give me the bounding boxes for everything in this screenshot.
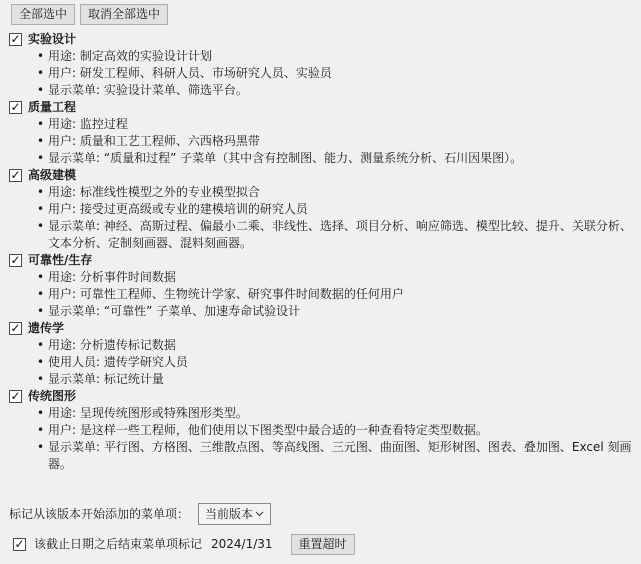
checkmark-icon: ✓ [10,322,20,334]
select-all-button[interactable]: 全部选中 [11,4,75,25]
category-checkbox[interactable]: ✓ [9,322,22,335]
bullet-item: 显示菜单: “可靠性” 子菜单、加速寿命试验设计 [48,303,633,320]
category-checkbox[interactable]: ✓ [9,33,22,46]
category-block: ✓ 可靠性/生存 用途: 分析事件时间数据用户: 可靠性工程师、生物统计学家、研… [8,252,635,320]
category-block: ✓ 质量工程 用途: 监控过程用户: 质量和工艺工程师、六西格玛黑带显示菜单: … [8,99,635,167]
category-list: ✓ 实验设计 用途: 制定高效的实验设计计划用户: 研发工程师、科研人员、市场研… [8,31,635,473]
category-block: ✓ 遗传学 用途: 分析遗传标记数据使用人员: 遗传学研究人员显示菜单: 标记统… [8,320,635,388]
category-toggle[interactable]: ✓ 传统图形 [9,388,635,405]
bullet-item: 使用人员: 遗传学研究人员 [48,354,633,371]
deadline-date: 2024/1/31 [211,536,273,553]
version-dropdown[interactable]: 当前版本 [198,503,271,525]
bullet-list: 用途: 标准线性模型之外的专业模型拟合用户: 接受过更高级或专业的建模培训的研究… [8,184,635,252]
footer: 标记从该版本开始添加的菜单项： 当前版本 ✓ 该截止日期之后结束菜单项标记 20… [9,503,635,555]
preferences-panel: 全部选中 取消全部选中 ✓ 实验设计 用途: 制定高效的实验设计计划用户: 研发… [0,0,641,564]
version-row: 标记从该版本开始添加的菜单项： 当前版本 [9,503,635,525]
checkmark-icon: ✓ [10,169,20,181]
bullet-item: 用户: 接受过更高级或专业的建模培训的研究人员 [48,201,633,218]
bullet-item: 显示菜单: 神经、高斯过程、偏最小二乘、非线性、选择、项目分析、响应筛选、模型比… [48,218,633,252]
checkmark-icon: ✓ [10,33,20,45]
reset-timeout-button[interactable]: 重置超时 [291,534,355,555]
category-toggle[interactable]: ✓ 实验设计 [9,31,635,48]
deadline-row: ✓ 该截止日期之后结束菜单项标记 2024/1/31 重置超时 [9,534,635,555]
bullet-item: 用户: 可靠性工程师、生物统计学家、研究事件时间数据的任何用户 [48,286,633,303]
category-block: ✓ 实验设计 用途: 制定高效的实验设计计划用户: 研发工程师、科研人员、市场研… [8,31,635,99]
bullet-item: 用户: 是这样一些工程师，他们使用以下图类型中最合适的一种查看特定类型数据。 [48,422,633,439]
deadline-label[interactable]: 该截止日期之后结束菜单项标记 [34,536,202,553]
category-checkbox[interactable]: ✓ [9,101,22,114]
category-toggle[interactable]: ✓ 高级建模 [9,167,635,184]
bullet-list: 用途: 分析遗传标记数据使用人员: 遗传学研究人员显示菜单: 标记统计量 [8,337,635,388]
bullet-list: 用途: 呈现传统图形或特殊图形类型。用户: 是这样一些工程师，他们使用以下图类型… [8,405,635,473]
bullet-item: 用户: 研发工程师、科研人员、市场研究人员、实验员 [48,65,633,82]
checkmark-icon: ✓ [14,538,24,550]
bullet-list: 用途: 制定高效的实验设计计划用户: 研发工程师、科研人员、市场研究人员、实验员… [8,48,635,99]
checkmark-icon: ✓ [10,390,20,402]
category-checkbox[interactable]: ✓ [9,390,22,403]
bullet-item: 显示菜单: 标记统计量 [48,371,633,388]
bullet-item: 用户: 质量和工艺工程师、六西格玛黑带 [48,133,633,150]
checkmark-icon: ✓ [10,254,20,266]
chevron-down-icon [255,511,264,517]
category-toggle[interactable]: ✓ 可靠性/生存 [9,252,635,269]
category-checkbox[interactable]: ✓ [9,169,22,182]
category-toggle[interactable]: ✓ 遗传学 [9,320,635,337]
category-title: 质量工程 [28,99,76,116]
category-title: 传统图形 [28,388,76,405]
bullet-item: 用途: 分析事件时间数据 [48,269,633,286]
category-title: 可靠性/生存 [28,252,92,269]
deselect-all-button[interactable]: 取消全部选中 [80,4,168,25]
deadline-checkbox[interactable]: ✓ [13,538,26,551]
version-label: 标记从该版本开始添加的菜单项： [9,506,189,523]
bullet-item: 用途: 分析遗传标记数据 [48,337,633,354]
bullet-item: 用途: 制定高效的实验设计计划 [48,48,633,65]
category-title: 高级建模 [28,167,76,184]
bullet-item: 用途: 呈现传统图形或特殊图形类型。 [48,405,633,422]
category-title: 遗传学 [28,320,64,337]
bullet-item: 用途: 标准线性模型之外的专业模型拟合 [48,184,633,201]
bullet-list: 用途: 分析事件时间数据用户: 可靠性工程师、生物统计学家、研究事件时间数据的任… [8,269,635,320]
category-toggle[interactable]: ✓ 质量工程 [9,99,635,116]
bullet-item: 显示菜单: “质量和过程” 子菜单（其中含有控制图、能力、测量系统分析、石川因果… [48,150,633,167]
bullet-list: 用途: 监控过程用户: 质量和工艺工程师、六西格玛黑带显示菜单: “质量和过程”… [8,116,635,167]
category-block: ✓ 高级建模 用途: 标准线性模型之外的专业模型拟合用户: 接受过更高级或专业的… [8,167,635,252]
category-title: 实验设计 [28,31,76,48]
category-checkbox[interactable]: ✓ [9,254,22,267]
bullet-item: 显示菜单: 实验设计菜单、筛选平台。 [48,82,633,99]
bullet-item: 用途: 监控过程 [48,116,633,133]
bullet-item: 显示菜单: 平行图、方格图、三维散点图、等高线图、三元图、曲面图、矩形树图、图表… [48,439,633,473]
category-block: ✓ 传统图形 用途: 呈现传统图形或特殊图形类型。用户: 是这样一些工程师，他们… [8,388,635,473]
dropdown-value: 当前版本 [205,506,253,523]
checkmark-icon: ✓ [10,101,20,113]
toolbar: 全部选中 取消全部选中 [11,4,635,25]
